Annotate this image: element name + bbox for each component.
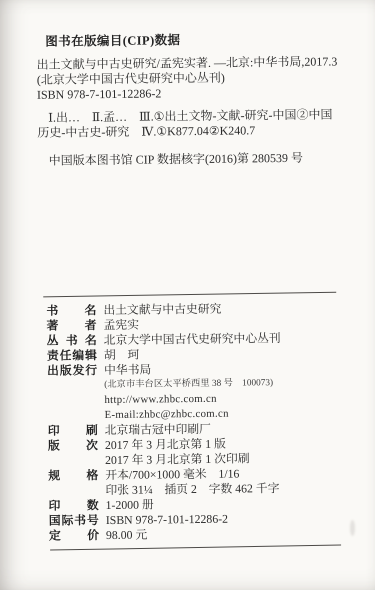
colophon-row-value: 印张 31¼ 插页 2 字数 462 千字 [105,481,279,498]
colophon-row-label: 书名 [46,303,96,319]
colophon-row-label [47,403,97,404]
colophon-row-value: 北京瑞古冠中印刷厂 [105,422,211,438]
colophon-row-value: 98.00 元 [106,528,147,543]
copyright-page: 图书在版编目(CIP)数据 出土文献与中古史研究/孟宪实著. —北京:中华书局,… [0,0,375,590]
colophon-row-label: 国际书号 [49,513,99,529]
colophon-row-label: 出版发行 [47,363,97,379]
colophon-row-label: 印刷 [48,423,98,439]
colophon-row-value: 1-2000 册 [106,497,154,513]
colophon-row-value: 北京大学中国古代史研究中心丛刊 [104,331,281,348]
colophon-row-value: 胡 珂 [104,348,140,363]
colophon-row-label: 规格 [48,468,98,484]
colophon-row-label: 著者 [46,318,96,334]
colophon-row-label: 责任编辑 [47,348,97,364]
colophon-row-value: 2017 年 3 月北京第 1 次印刷 [105,451,250,468]
colophon-row-value: E-mail:zhbc@zhbc.com.cn [105,407,229,423]
colophon-row-label: 版次 [48,438,98,454]
colophon-row-value: ISBN 978-7-101-12286-2 [106,512,228,528]
colophon-row-value: 中华书局 [104,363,151,379]
cip-entry-block: 出土文献与中古史研究/孟宪实著. —北京:中华书局,2017.3 (北京大学中国… [37,54,355,103]
divider-rule-bottom [50,544,341,550]
colophon-row-value: 孟宪实 [103,318,139,333]
colophon-row-label: 丛书名 [47,333,97,349]
cip-classification-block: Ⅰ.出… Ⅱ.孟… Ⅲ.①出土文物-文献-研究-中国②中国 历史-中古史-研究 … [37,107,355,141]
colophon-row-value: (北京市丰台区太平桥西里 38 号 100073) [104,376,273,393]
colophon-row-value: http://www.zhbc.com.cn [104,392,217,408]
cip-heading: 图书在版编目(CIP)数据 [45,31,372,49]
cip-classification-line: 历史-中古史-研究 Ⅳ.①K877.04②K240.7 [37,122,355,141]
cip-record-number: 中国版本图书馆 CIP 数据核字(2016)第 280539 号 [49,150,356,168]
colophon-section: 书名 出土文献与中古史研究 著者 孟宪实 丛书名 北京大学中国古代史研究中心丛刊… [0,292,375,550]
colophon-row-value: 2017 年 3 月北京第 1 版 [105,437,226,453]
scan-artifact [350,520,355,536]
cip-entry-line: ISBN 978-7-101-12286-2 [37,84,355,103]
colophon-row-label [48,494,98,495]
colophon-row-label [48,464,98,465]
colophon-row-label [48,418,98,419]
colophon-row-label: 定价 [49,528,99,544]
colophon-row-value: 开本/700×1000 毫米 1/16 [105,467,239,484]
colophon-row-label [47,387,97,388]
scanned-content: 图书在版编目(CIP)数据 出土文献与中古史研究/孟宪实著. —北京:中华书局,… [0,0,375,550]
colophon-row-price: 定价 98.00 元 [49,525,375,544]
colophon-row-label: 印数 [49,498,99,514]
colophon-rows: 书名 出土文献与中古史研究 著者 孟宪实 丛书名 北京大学中国古代史研究中心丛刊… [0,293,375,544]
colophon-row-value: 出土文献与中古史研究 [103,302,221,318]
